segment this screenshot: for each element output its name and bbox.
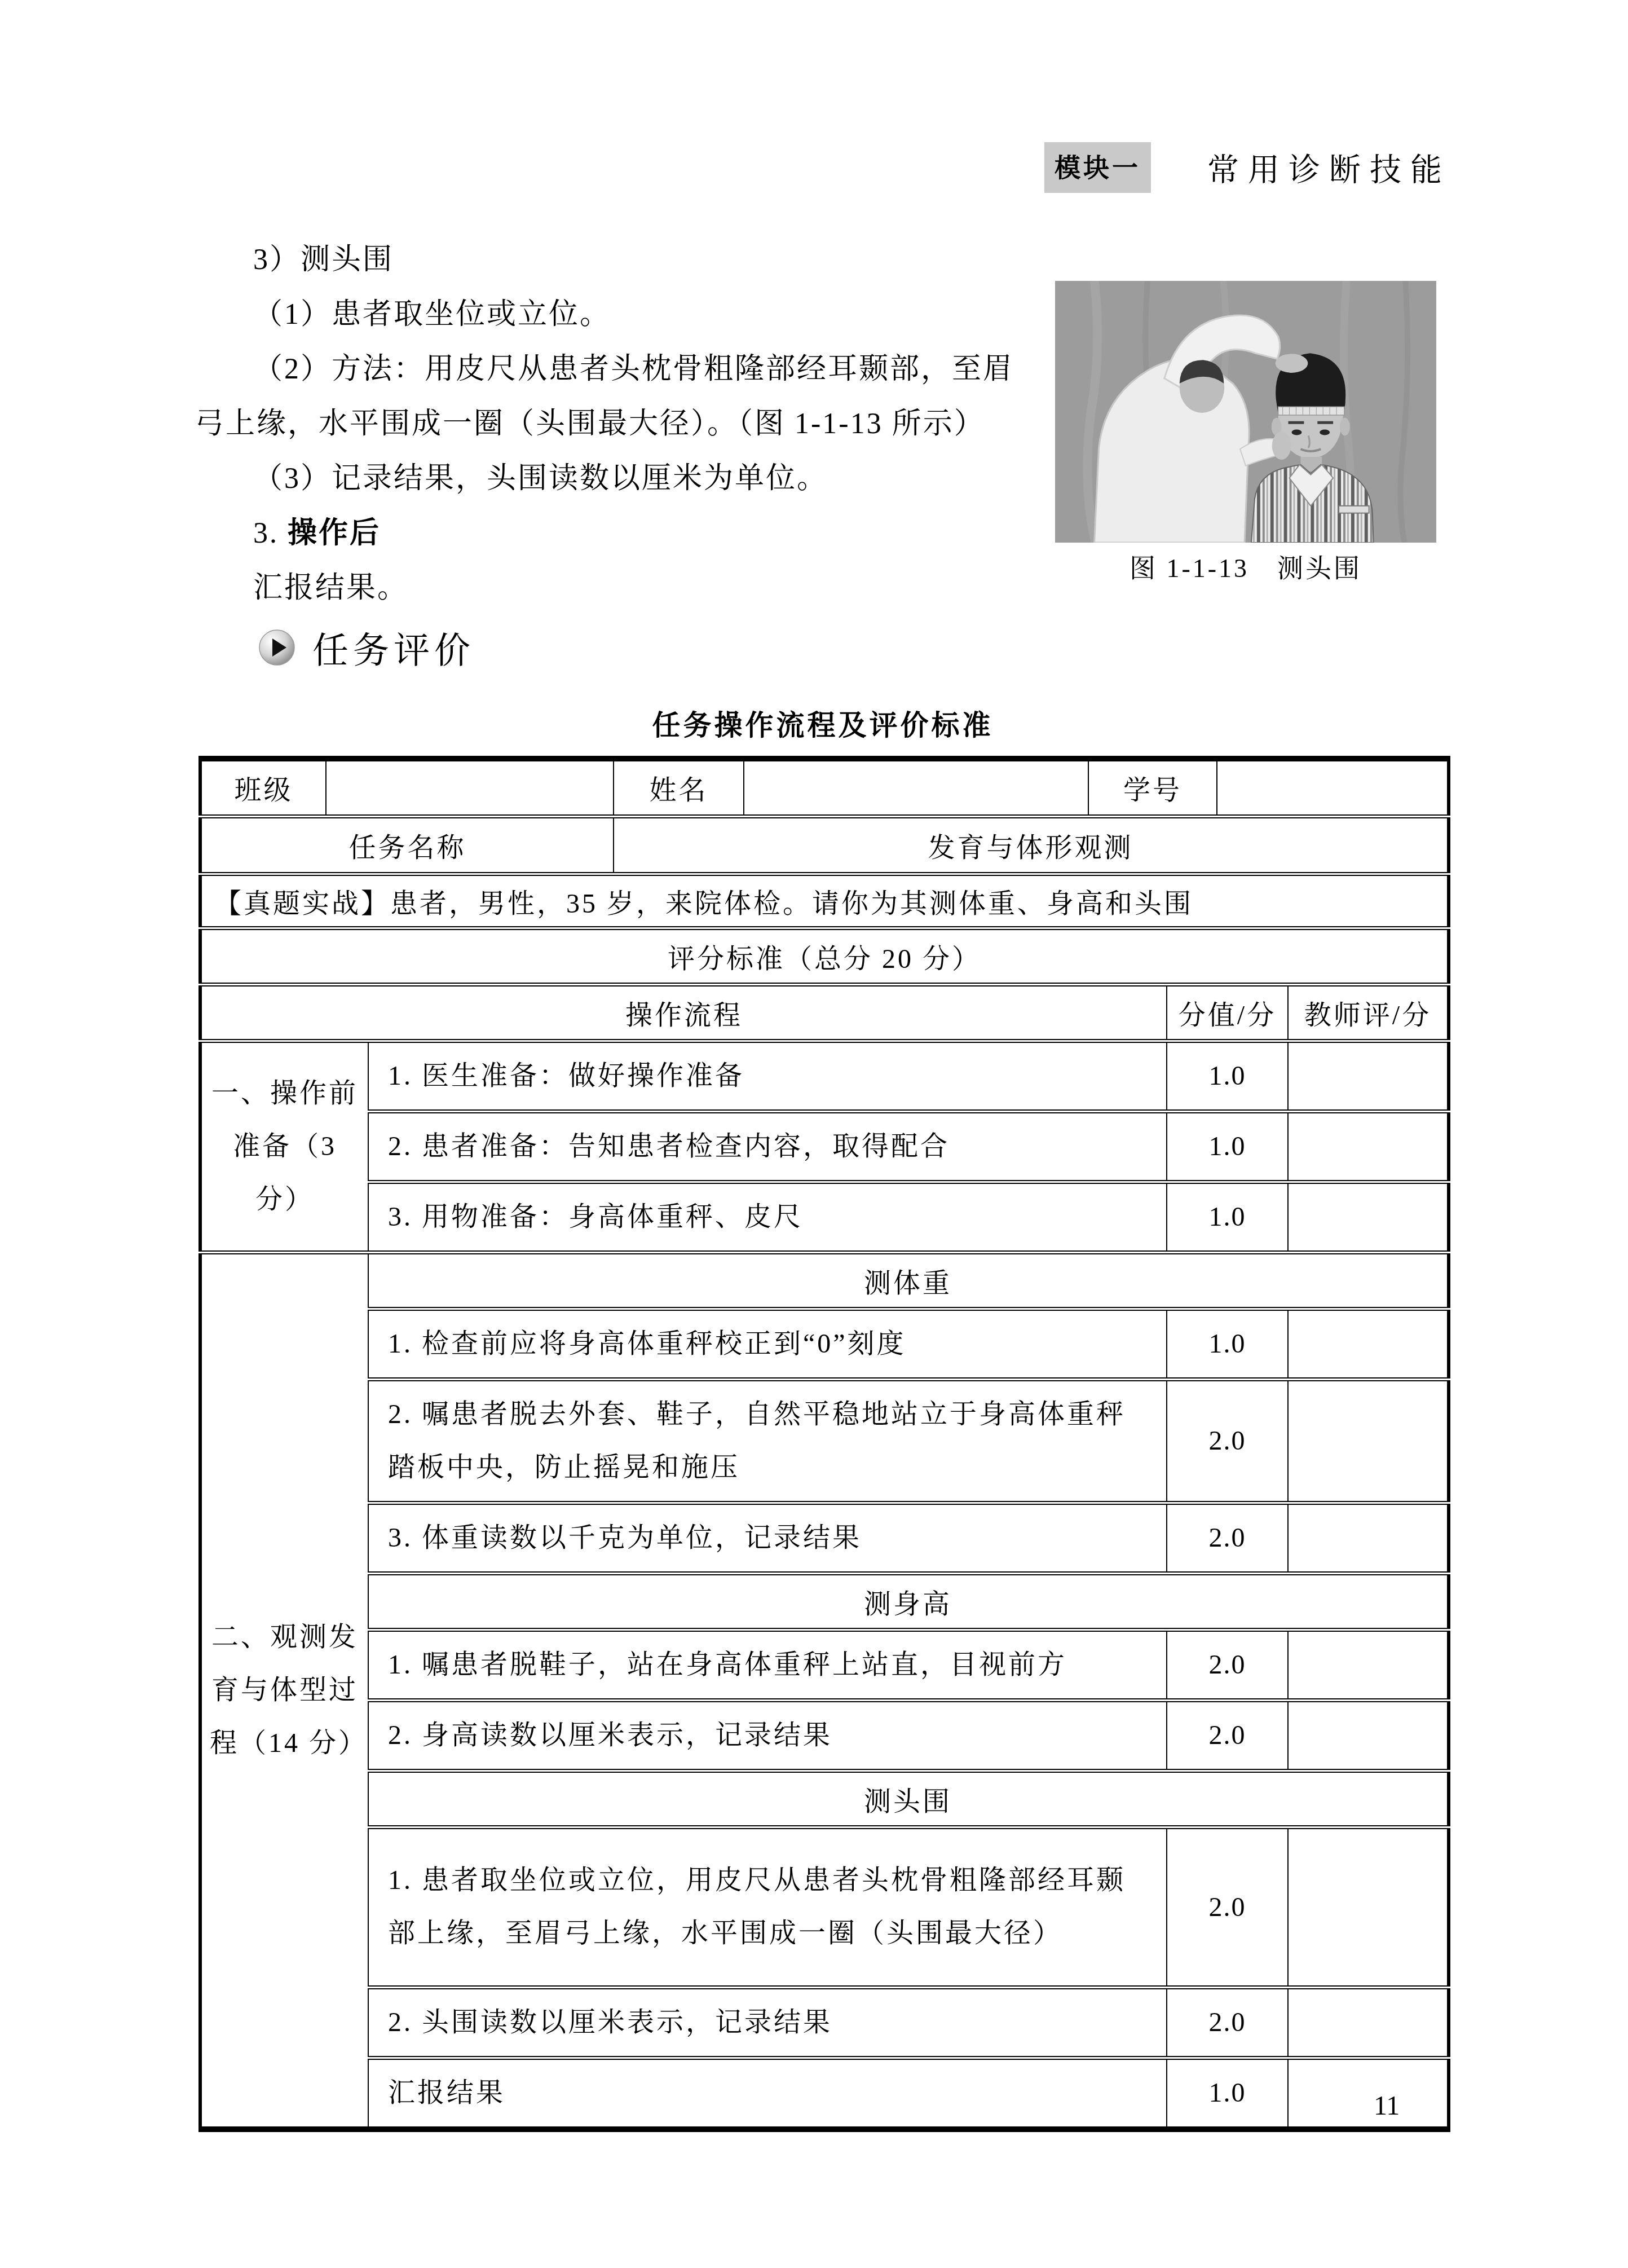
task-name-label: 任务名称 <box>200 816 614 874</box>
table-row: 2. 嘱患者脱去外套、鞋子，自然平稳地站立于身高体重秤踏板中央，防止摇晃和施压 … <box>200 1379 1449 1503</box>
name-input-cell <box>744 759 1088 816</box>
score-value: 2.0 <box>1167 1700 1288 1771</box>
process-step: 1. 患者取坐位或立位，用皮尺从患者头枕骨粗隆部经耳颞部上缘，至眉弓上缘，水平围… <box>368 1827 1167 1987</box>
table-row: 2. 头围读数以厘米表示，记录结果 2.0 <box>200 1987 1449 2058</box>
process-step: 2. 头围读数以厘米表示，记录结果 <box>368 1987 1167 2058</box>
after-operation-number: 3. <box>253 517 288 549</box>
section-title: 任务评价 <box>312 622 475 673</box>
score-value: 2.0 <box>1167 1630 1288 1700</box>
table-row: 测身高 <box>200 1573 1449 1630</box>
table-row: 1. 检查前应将身高体重秤校正到“0”刻度 1.0 <box>200 1309 1449 1379</box>
head-measurement-photo <box>1055 281 1436 543</box>
teacher-score-cell <box>1288 1630 1449 1700</box>
doctor-right-hand <box>1276 354 1308 373</box>
task-evaluation-heading: 任务评价 <box>258 622 475 673</box>
process-step: 3. 体重读数以千克为单位，记录结果 <box>368 1503 1167 1573</box>
play-icon <box>258 629 295 666</box>
after-operation-title: 操作后 <box>288 517 381 549</box>
score-value: 1.0 <box>1167 1041 1288 1111</box>
student-id-label: 学号 <box>1088 759 1217 816</box>
score-value: 2.0 <box>1167 1379 1288 1503</box>
body-content: 图 1-1-13 测头围 3）测头围 （1）患者取坐位或立位。 （2）方法：用皮… <box>195 232 1436 615</box>
teacher-score-cell <box>1288 1111 1449 1182</box>
subsection-head: 测头围 <box>368 1771 1449 1827</box>
table-row: 评分标准（总分 20 分） <box>200 928 1449 984</box>
module-tag: 模块一 <box>1044 142 1151 193</box>
process-step: 3. 用物准备：身高体重秤、皮尺 <box>368 1182 1167 1252</box>
column-teacher: 教师评/分 <box>1288 984 1449 1041</box>
running-head: 模块一 常用诊断技能 <box>1044 142 1451 193</box>
table-row: 班级 姓名 学号 <box>200 759 1449 816</box>
process-step: 1. 嘱患者脱鞋子，站在身高体重秤上站直，目视前方 <box>368 1630 1167 1700</box>
teacher-score-cell <box>1288 1700 1449 1771</box>
module-title: 常用诊断技能 <box>1207 145 1451 190</box>
score-value: 2.0 <box>1167 1503 1288 1573</box>
para-measure-head: 3）测头围 <box>195 232 1436 287</box>
process-step: 1. 检查前应将身高体重秤校正到“0”刻度 <box>368 1309 1167 1379</box>
table-row: 1. 嘱患者脱鞋子，站在身高体重秤上站直，目视前方 2.0 <box>200 1630 1449 1700</box>
table-row: 3. 用物准备：身高体重秤、皮尺 1.0 <box>200 1182 1449 1252</box>
score-value: 2.0 <box>1167 1987 1288 2058</box>
score-value: 2.0 <box>1167 1827 1288 1987</box>
table-row: 1. 患者取坐位或立位，用皮尺从患者头枕骨粗隆部经耳颞部上缘，至眉弓上缘，水平围… <box>200 1827 1449 1987</box>
table-row: 3. 体重读数以千克为单位，记录结果 2.0 <box>200 1503 1449 1573</box>
pajama-pocket <box>1339 506 1369 513</box>
section2-label: 二、观测发育与体型过程（14 分） <box>200 1252 368 2129</box>
teacher-score-cell <box>1288 1309 1449 1379</box>
teacher-score-cell <box>1288 1987 1449 2058</box>
subsection-weight: 测体重 <box>368 1252 1449 1309</box>
teacher-score-cell <box>1288 2058 1449 2129</box>
subsection-height: 测身高 <box>368 1573 1449 1630</box>
teacher-score-cell <box>1288 1182 1449 1252</box>
table-row: 二、观测发育与体型过程（14 分） 测体重 <box>200 1252 1449 1309</box>
name-label: 姓名 <box>614 759 744 816</box>
tape-measure-band <box>1278 407 1344 415</box>
teacher-score-cell <box>1288 1379 1449 1503</box>
score-standard-cell: 评分标准（总分 20 分） <box>200 928 1449 984</box>
column-score: 分值/分 <box>1167 984 1288 1041</box>
process-step: 汇报结果 <box>368 2058 1167 2129</box>
teacher-score-cell <box>1288 1503 1449 1573</box>
task-name-value: 发育与体形观测 <box>614 816 1449 874</box>
score-value: 1.0 <box>1167 1111 1288 1182</box>
evaluation-table: 班级 姓名 学号 任务名称 发育与体形观测 【真题实战】患者，男性，35 岁，来… <box>198 756 1450 2132</box>
case-scenario-cell: 【真题实战】患者，男性，35 岁，来院体检。请你为其测体重、身高和头围 <box>200 874 1449 928</box>
table-title: 任务操作流程及评价标准 <box>198 703 1447 743</box>
score-value: 1.0 <box>1167 1309 1288 1379</box>
score-value: 1.0 <box>1167 2058 1288 2129</box>
teacher-score-cell <box>1288 1827 1449 1987</box>
table-row: 【真题实战】患者，男性，35 岁，来院体检。请你为其测体重、身高和头围 <box>200 874 1449 928</box>
table-row: 汇报结果 1.0 <box>200 2058 1449 2129</box>
doctor-left-hand <box>1272 432 1291 460</box>
section1-label: 一、操作前准备（3 分） <box>200 1041 368 1252</box>
page-number: 11 <box>1374 2090 1400 2121</box>
table-row: 2. 身高读数以厘米表示，记录结果 2.0 <box>200 1700 1449 1771</box>
class-label: 班级 <box>200 759 326 816</box>
table-row: 一、操作前准备（3 分） 1. 医生准备：做好操作准备 1.0 <box>200 1041 1449 1111</box>
score-value: 1.0 <box>1167 1182 1288 1252</box>
table-row: 2. 患者准备：告知患者检查内容，取得配合 1.0 <box>200 1111 1449 1182</box>
process-step: 1. 医生准备：做好操作准备 <box>368 1041 1167 1111</box>
figure-1-1-13: 图 1-1-13 测头围 <box>1055 281 1436 585</box>
table-header-row: 操作流程 分值/分 教师评/分 <box>200 984 1449 1041</box>
teacher-score-cell <box>1288 1041 1449 1111</box>
table-row: 任务名称 发育与体形观测 <box>200 816 1449 874</box>
process-step: 2. 患者准备：告知患者检查内容，取得配合 <box>368 1111 1167 1182</box>
book-page: 模块一 常用诊断技能 <box>0 0 1628 2268</box>
figure-caption: 图 1-1-13 测头围 <box>1055 552 1436 585</box>
process-step: 2. 嘱患者脱去外套、鞋子，自然平稳地站立于身高体重秤踏板中央，防止摇晃和施压 <box>368 1379 1167 1503</box>
process-step: 2. 身高读数以厘米表示，记录结果 <box>368 1700 1167 1771</box>
table-row: 测头围 <box>200 1771 1449 1827</box>
class-input-cell <box>326 759 614 816</box>
column-process: 操作流程 <box>200 984 1167 1041</box>
student-id-input-cell <box>1217 759 1449 816</box>
